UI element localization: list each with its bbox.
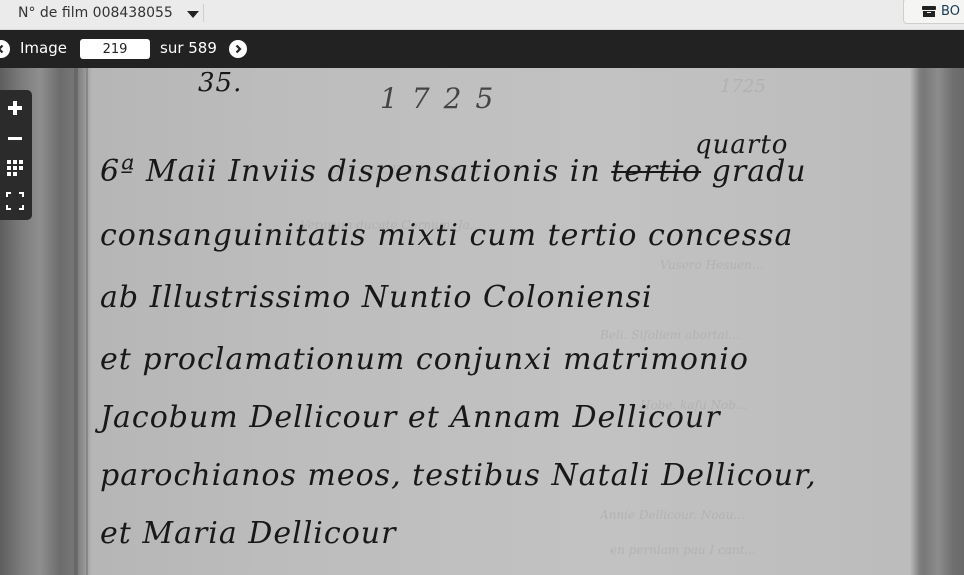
- image-number-input[interactable]: [80, 39, 150, 59]
- document-line-6: parochianos meos, testibus Natali Dellic…: [100, 458, 817, 493]
- page-number-text: 35.: [198, 68, 242, 98]
- box-button[interactable]: BO: [903, 0, 964, 24]
- document-line-2: consanguinitatis mixti cum tertio conces…: [100, 218, 793, 253]
- previous-image-button[interactable]: [0, 40, 10, 58]
- page-margin-line: [86, 68, 88, 575]
- box-button-label: BO: [941, 4, 960, 19]
- year-text: 1725: [380, 82, 507, 115]
- film-number-label: N° de film 008438055: [18, 5, 173, 21]
- chevron-right-icon: [233, 44, 243, 54]
- archive-box-icon: [922, 6, 936, 17]
- next-image-button[interactable]: [229, 40, 247, 58]
- zoom-in-button[interactable]: [0, 93, 30, 123]
- image-total-label: sur 589: [160, 39, 217, 57]
- document-line-7: et Maria Dellicour: [100, 516, 396, 551]
- plus-icon: [8, 101, 22, 115]
- document-line-4: et proclamationum conjunxi matrimonio: [100, 342, 749, 377]
- fullscreen-button[interactable]: [0, 186, 30, 216]
- document-image-viewer[interactable]: 1725 Hen. nos. F. Bist. Dim. N. Verarum …: [0, 68, 964, 575]
- image-label: Image: [20, 39, 67, 57]
- fullscreen-icon: [6, 192, 24, 210]
- struck-word: tertio: [611, 154, 701, 189]
- document-line-3: ab Illustrissimo Nuntio Coloniensi: [100, 280, 653, 315]
- document-line-5: Jacobum Dellicour et Annam Dellicour: [100, 400, 721, 435]
- zoom-control-panel: [0, 90, 32, 220]
- zoom-out-button[interactable]: [0, 123, 30, 153]
- film-number-dropdown[interactable]: N° de film 008438055: [18, 3, 199, 23]
- toolbar-divider: [203, 4, 204, 22]
- image-navigation-bar: Image sur 589: [0, 30, 964, 68]
- page-right-edge: [923, 68, 953, 575]
- top-toolbar: N° de film 008438055 BO: [0, 0, 964, 30]
- grid-icon: [7, 160, 23, 176]
- chevron-left-icon: [0, 44, 6, 54]
- gallery-view-button[interactable]: [0, 153, 30, 183]
- caret-down-icon: [187, 11, 199, 18]
- page-binding-edge: [74, 68, 78, 575]
- minus-icon: [8, 137, 22, 140]
- document-line-1: 6ª Maii Inviis dispensationis in tertio …: [100, 154, 807, 189]
